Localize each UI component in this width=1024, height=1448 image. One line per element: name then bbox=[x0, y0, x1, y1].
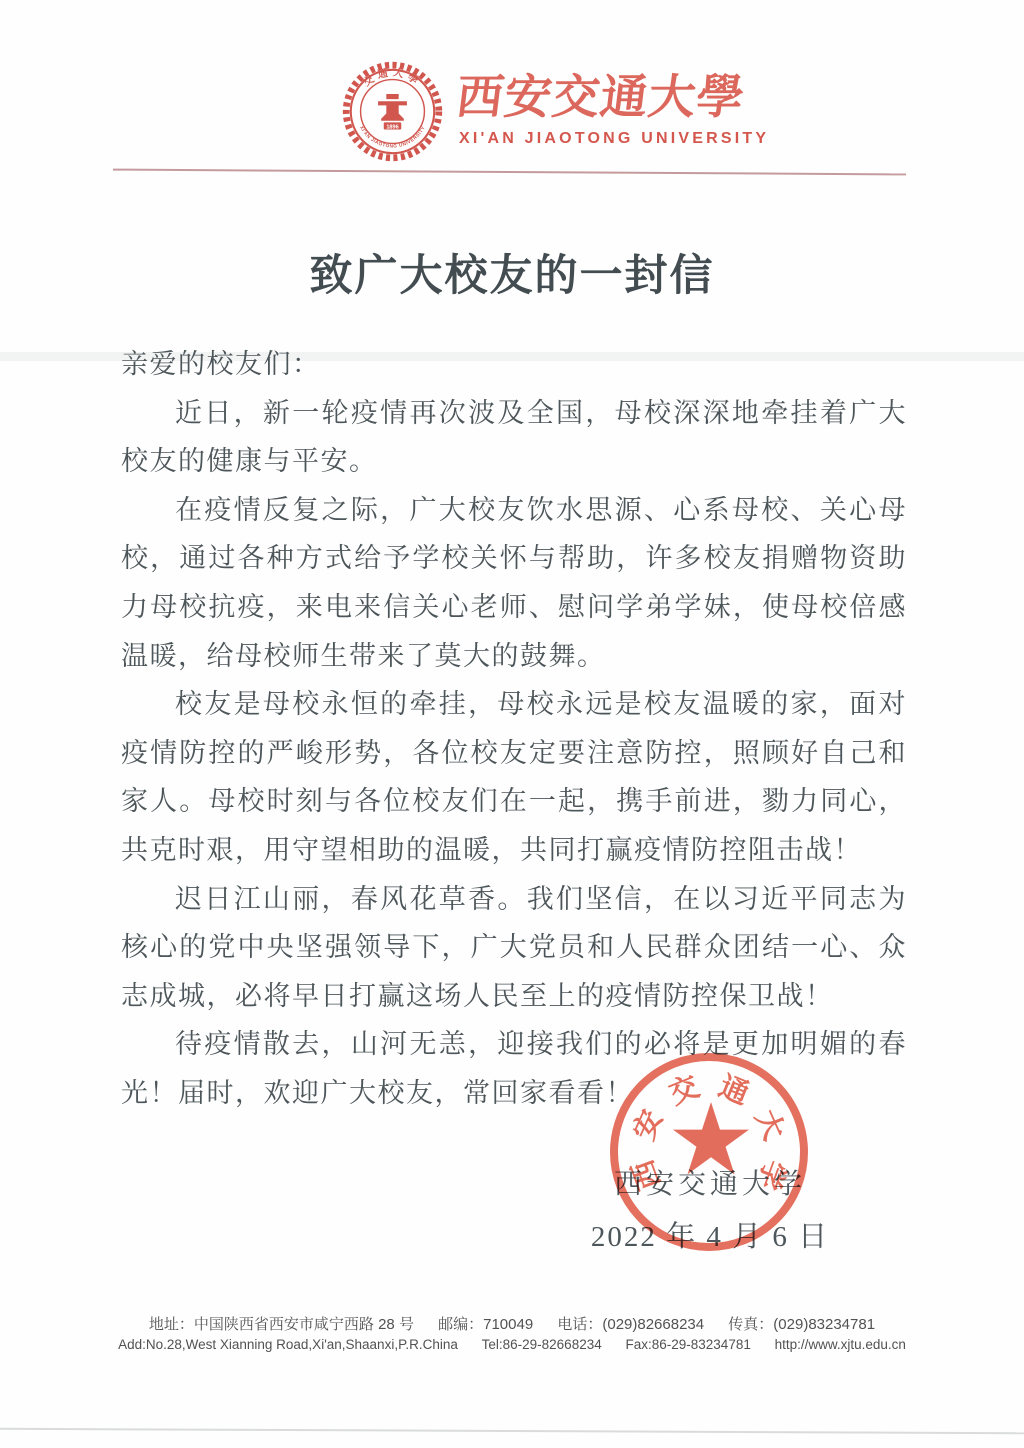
university-name-calligraphy: 西安交通大學 bbox=[453, 60, 749, 127]
footer-fax: 传真：(029)83234781 bbox=[728, 1316, 875, 1333]
footer-website: http://www.xjtu.edu.cn bbox=[775, 1337, 906, 1352]
svg-text:西: 西 bbox=[626, 1155, 667, 1194]
letter-body: 亲爱的校友们： 近日，新一轮疫情再次波及全国，母校深深地牵挂着广大校友的健康与平… bbox=[121, 340, 907, 1118]
footer-phone: 电话：(029)82668234 bbox=[557, 1316, 704, 1333]
letter-title: 致广大校友的一封信 bbox=[0, 242, 1024, 303]
svg-text:通: 通 bbox=[714, 1070, 753, 1111]
seal-star-icon bbox=[673, 1102, 749, 1174]
anvil-icon bbox=[378, 94, 407, 121]
university-emblem-icon: 交通大學 XI'AN JIAOTONG UNIVERSITY 1896 bbox=[341, 60, 444, 163]
footer-address-en: Add:No.28,West Xianning Road,Xi'an,Shaan… bbox=[0, 1337, 1024, 1352]
footer-address-zh: 地址：中国陕西省西安市咸宁西路 28 号 邮编：710049 电话：(029)8… bbox=[0, 1313, 1024, 1334]
footer-postcode: 邮编：710049 bbox=[438, 1316, 533, 1333]
footer-fax-en: Fax:86-29-83234781 bbox=[626, 1337, 751, 1352]
paragraph: 迟日江山丽，春风花草香。我们坚信，在以习近平同志为核心的党中央坚强领导下，广大党… bbox=[121, 875, 907, 1021]
paragraph: 在疫情反复之际，广大校友饮水思源、心系母校、关心母校，通过各种方式给予学校关怀与… bbox=[121, 486, 907, 680]
paragraph: 校友是母校永恒的牵挂，母校永远是校友温暖的家，面对疫情防控的严峻形势，各位校友定… bbox=[121, 680, 907, 874]
letter-page: 交通大學 XI'AN JIAOTONG UNIVERSITY 1896 西安交通… bbox=[0, 0, 1024, 1448]
salutation: 亲爱的校友们： bbox=[121, 340, 907, 389]
svg-text:交: 交 bbox=[664, 1070, 703, 1111]
university-name-english: XI'AN JIAOTONG UNIVERSITY bbox=[459, 130, 769, 148]
svg-text:学: 学 bbox=[751, 1155, 792, 1194]
header-divider bbox=[113, 169, 906, 176]
svg-text:大: 大 bbox=[749, 1105, 791, 1145]
svg-text:安: 安 bbox=[627, 1105, 669, 1145]
footer-address: 地址：中国陕西省西安市咸宁西路 28 号 bbox=[149, 1316, 414, 1333]
paragraph: 近日，新一轮疫情再次波及全国，母校深深地牵挂着广大校友的健康与平安。 bbox=[121, 389, 907, 486]
official-seal-stamp-icon: 西 安 交 通 大 学 bbox=[605, 1048, 814, 1257]
scan-paper-edge bbox=[0, 1428, 1024, 1434]
footer-tel-en: Tel:86-29-82668234 bbox=[482, 1337, 602, 1352]
emblem-year: 1896 bbox=[386, 124, 398, 130]
footer-address-en-text: Add:No.28,West Xianning Road,Xi'an,Shaan… bbox=[118, 1337, 458, 1352]
